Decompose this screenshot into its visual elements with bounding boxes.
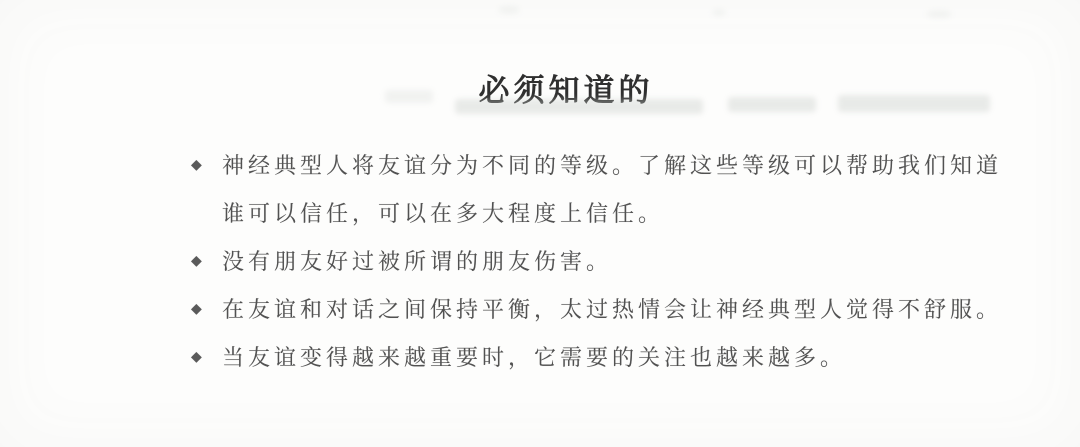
- book-page: 必须知道的 ◆ 神经典型人将友谊分为不同的等级。了解这些等级可以帮助我们知道谁可…: [0, 0, 1080, 447]
- ghost-showthrough: [838, 95, 990, 112]
- ghost-showthrough: [385, 90, 433, 103]
- key-points-list: ◆ 神经典型人将友谊分为不同的等级。了解这些等级可以帮助我们知道谁可以信任，可以…: [190, 142, 1008, 382]
- bullet-item: ◆ 在友谊和对话之间保持平衡，太过热情会让神经典型人觉得不舒服。: [190, 286, 1008, 334]
- bullet-text: 在友谊和对话之间保持平衡，太过热情会让神经典型人觉得不舒服。: [222, 297, 1002, 322]
- diamond-bullet-icon: ◆: [191, 142, 202, 190]
- bullet-item: ◆ 没有朋友好过被所谓的朋友伤害。: [190, 238, 1008, 286]
- bullet-text: 当友谊变得越来越重要时，它需要的关注也越来越多。: [222, 345, 846, 370]
- diamond-bullet-icon: ◆: [191, 238, 202, 286]
- bullet-text: 没有朋友好过被所谓的朋友伤害。: [222, 249, 612, 274]
- bullet-item: ◆ 当友谊变得越来越重要时，它需要的关注也越来越多。: [190, 334, 1008, 382]
- scan-smudge: [712, 9, 726, 16]
- bullet-text: 神经典型人将友谊分为不同的等级。了解这些等级可以帮助我们知道谁可以信任，可以在多…: [222, 153, 1002, 226]
- bullet-item: ◆ 神经典型人将友谊分为不同的等级。了解这些等级可以帮助我们知道谁可以信任，可以…: [190, 142, 1008, 238]
- scan-smudge: [926, 10, 952, 18]
- ghost-showthrough: [728, 97, 816, 112]
- diamond-bullet-icon: ◆: [191, 286, 202, 334]
- diamond-bullet-icon: ◆: [191, 334, 202, 382]
- scan-smudge: [498, 6, 520, 14]
- ghost-showthrough: [455, 99, 703, 114]
